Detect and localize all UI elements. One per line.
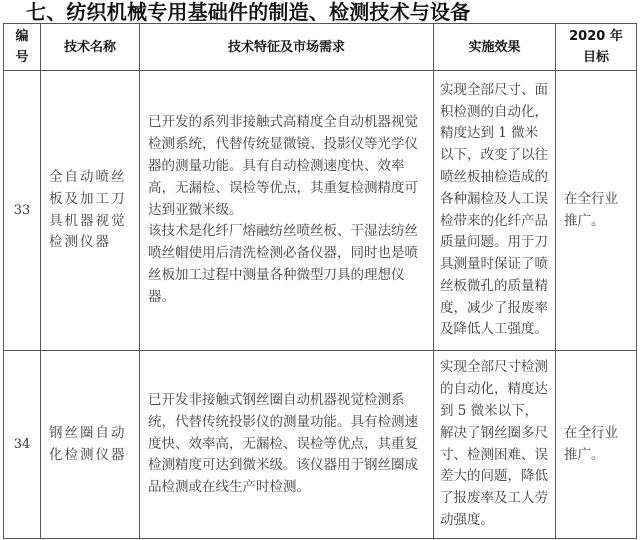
goal-2020: 在全行业推广。 bbox=[556, 71, 637, 351]
row-number: 34 bbox=[4, 351, 41, 539]
tech-features: 已开发非接触式钢丝圈自动机器视觉检测系统，代替传统投影仪的测量功能。具有检测速度… bbox=[140, 351, 434, 539]
header-effect: 实施效果 bbox=[434, 24, 556, 71]
header-number-line2: 号 bbox=[4, 47, 40, 68]
table-row: 33 全自动喷丝板及加工刀具机器视觉检测仪器 已开发的系列非接触式高精度全自动机… bbox=[4, 71, 637, 351]
header-features: 技术特征及市场需求 bbox=[140, 24, 434, 71]
header-goal-line2: 目标 bbox=[556, 47, 636, 68]
tech-name: 钢丝圈自动化检测仪器 bbox=[41, 351, 140, 539]
table-header-row: 编 号 技术名称 技术特征及市场需求 实施效果 2020 年 目标 bbox=[4, 24, 637, 71]
implementation-effect: 实现全部尺寸、面积检测的自动化，精度达到 1 微米以下，改变了以往喷丝板抽检造成… bbox=[434, 71, 556, 351]
features-paragraph: 已开发的系列非接触式高精度全自动机器视觉检测系统，代替传统显微镜、投影仪等光学仪… bbox=[148, 112, 427, 221]
tech-features: 已开发的系列非接触式高精度全自动机器视觉检测系统，代替传统显微镜、投影仪等光学仪… bbox=[140, 71, 434, 351]
section-title: 七、纺织机械专用基础件的制造、检测技术与设备 bbox=[26, 0, 470, 24]
effect-text: 实现全部尺寸、面积检测的自动化，精度达到 1 微米以下，改变了以往喷丝板抽检造成… bbox=[440, 80, 551, 342]
technology-table: 编 号 技术名称 技术特征及市场需求 实施效果 2020 年 目标 33 全自动… bbox=[3, 23, 637, 539]
features-paragraph: 已开发非接触式钢丝圈自动机器视觉检测系统，代替传统投影仪的测量功能。具有检测速度… bbox=[148, 390, 427, 499]
header-number-line1: 编 bbox=[4, 26, 40, 47]
goal-2020: 在全行业推广。 bbox=[556, 351, 637, 539]
header-tech-name: 技术名称 bbox=[41, 24, 140, 71]
effect-text: 实现全部尺寸检测的自动化，精度达到 5 微米以下，解决了钢丝圈多尺寸、检测困难、… bbox=[440, 357, 551, 531]
implementation-effect: 实现全部尺寸检测的自动化，精度达到 5 微米以下，解决了钢丝圈多尺寸、检测困难、… bbox=[434, 351, 556, 539]
header-goal-line1: 2020 年 bbox=[556, 26, 636, 47]
features-paragraph: 该技术是化纤厂熔融纺丝喷丝板、干湿法纺丝喷丝帽使用后清洗检测必备仪器，同时也是喷… bbox=[148, 221, 427, 308]
row-number: 33 bbox=[4, 71, 41, 351]
header-goal: 2020 年 目标 bbox=[556, 24, 637, 71]
header-number: 编 号 bbox=[4, 24, 41, 71]
tech-name: 全自动喷丝板及加工刀具机器视觉检测仪器 bbox=[41, 71, 140, 351]
table-row: 34 钢丝圈自动化检测仪器 已开发非接触式钢丝圈自动机器视觉检测系统，代替传统投… bbox=[4, 351, 637, 539]
